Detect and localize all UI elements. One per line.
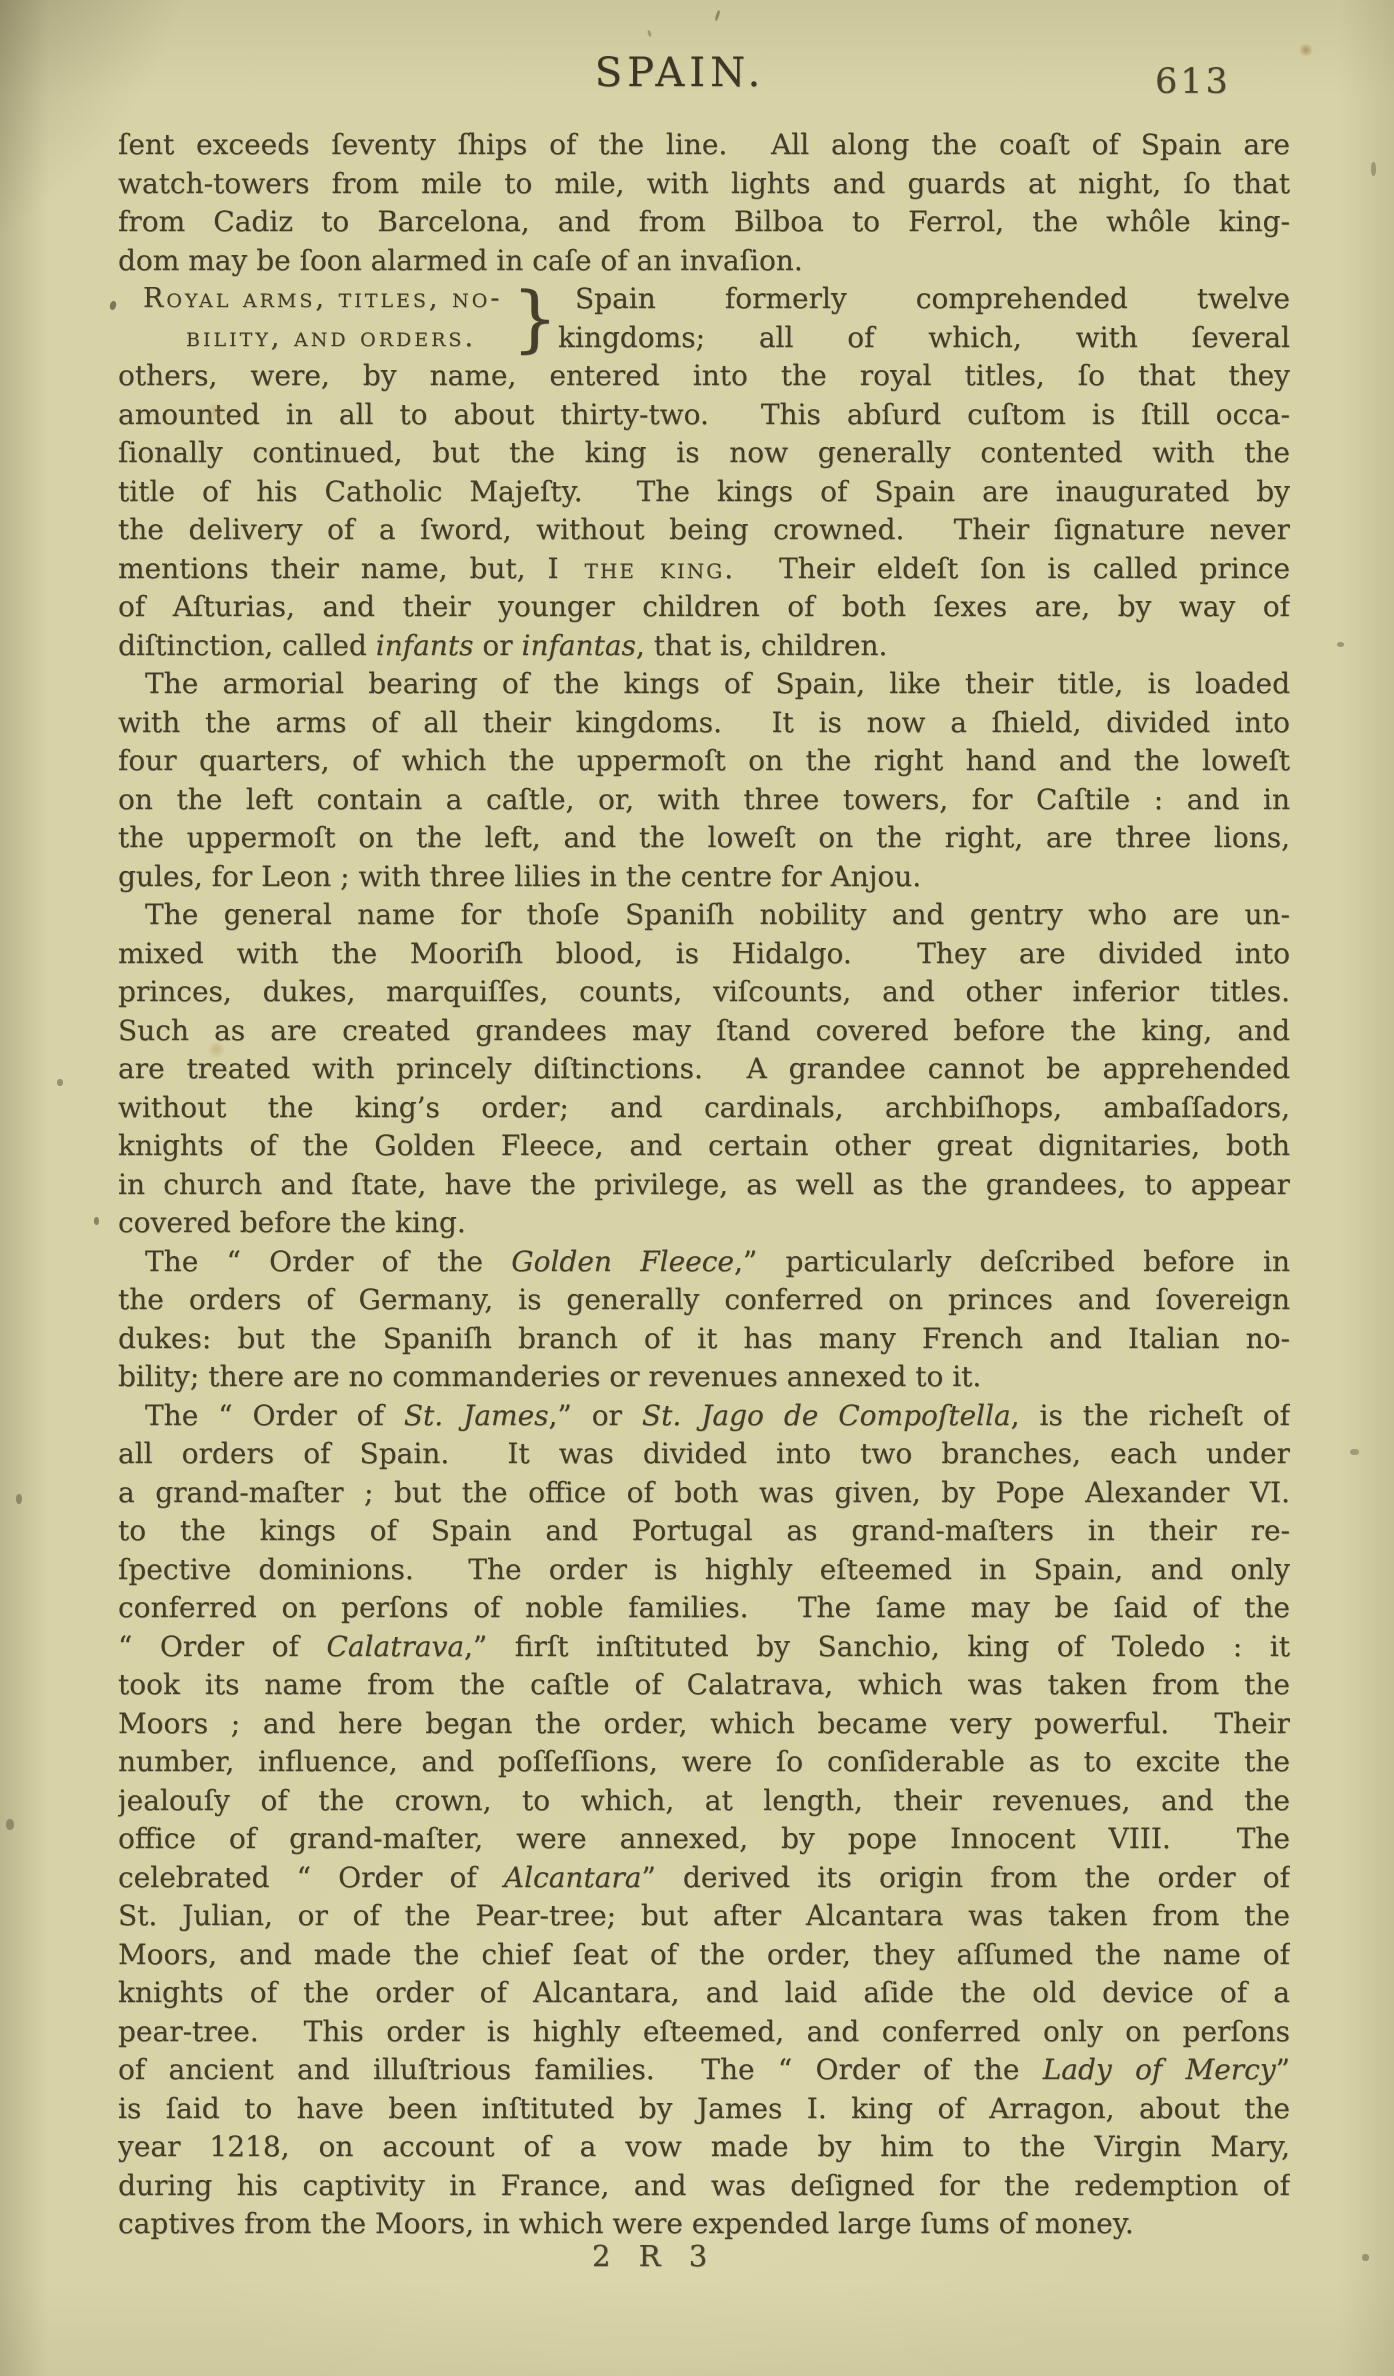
text-segment: are treated with princely diſtinctions. …	[118, 1052, 1290, 1085]
text-segment: Moors ; and here began the order, which …	[118, 1707, 1290, 1740]
text-segment: dukes: but the Spaniſh branch of it has …	[118, 1322, 1290, 1355]
text-line: covered before the king.	[118, 1204, 1290, 1243]
book-page: SPAIN. 613 ſent exceeds ſeventy ſhips of…	[0, 0, 1394, 2376]
section-heading-line: bility, and orders.	[118, 319, 528, 358]
text-line: took its name from the caſtle of Calatra…	[118, 1666, 1290, 1705]
text-segment: without the king’s order; and cardinals,…	[118, 1091, 1290, 1124]
text-line: ſpective dominions. The order is highly …	[118, 1551, 1290, 1590]
text-segment: diſtinction, called	[118, 629, 376, 662]
text-line: number, influence, and poſſeſſions, were…	[118, 1743, 1290, 1782]
italic-text: Alcantara	[504, 1861, 642, 1894]
ink-speck	[94, 1217, 99, 1225]
text-line: captives from the Moors, in which were e…	[118, 2205, 1290, 2244]
text-line: year 1218, on account of a vow made by h…	[118, 2128, 1290, 2167]
section-heading-line: Royal arms, titles, no-	[118, 280, 528, 319]
text-line: pear-tree. This order is highly eſteemed…	[118, 2013, 1290, 2052]
text-line: Spain formerly comprehended twelve	[558, 280, 1290, 319]
text-line: knights of the Golden Fleece, and certai…	[118, 1127, 1290, 1166]
text-segment: The general name for thoſe Spaniſh nobil…	[145, 898, 1290, 931]
text-line: of ancient and illuſtrious families. The…	[118, 2051, 1290, 2090]
text-line: without the king’s order; and cardinals,…	[118, 1089, 1290, 1128]
paper-stain	[1298, 44, 1314, 56]
text-line: from Cadiz to Barcelona, and from Bilboa…	[118, 203, 1290, 242]
text-segment: The armorial bearing of the kings of Spa…	[145, 667, 1290, 700]
ink-speck	[109, 300, 117, 310]
italic-text: Lady of Mercy	[1043, 2053, 1276, 2086]
text-segment: jealouſy of the crown, to which, at leng…	[118, 1784, 1290, 1817]
italic-text: infants	[376, 629, 474, 662]
text-segment: with the arms of all their kingdoms. It …	[118, 706, 1290, 739]
text-line: the uppermoſt on the left, and the loweſ…	[118, 819, 1290, 858]
text-segment: , is the richeſt of	[1011, 1399, 1290, 1432]
italic-text: Golden Fleece	[511, 1245, 734, 1278]
text-segment: mentions their name, but,	[118, 552, 548, 585]
text-segment: of Aſturias, and their younger children …	[118, 590, 1290, 623]
text-segment: took its name from the caſtle of Calatra…	[118, 1668, 1290, 1701]
paper-stain	[840, 1820, 1160, 2040]
section-heading: Royal arms, titles, no-bility, and order…	[118, 280, 528, 357]
ink-speck	[6, 1819, 14, 1830]
text-segment: number, influence, and poſſeſſions, were…	[118, 1745, 1290, 1778]
ink-speck	[647, 30, 652, 38]
text-line: princes, dukes, marquiſſes, counts, viſc…	[118, 973, 1290, 1012]
text-segment: on the left contain a caſtle, or, with t…	[118, 783, 1290, 816]
text-segment: , that is, children.	[636, 629, 888, 662]
text-line: The “ Order of St. James,” or St. Jago d…	[118, 1397, 1290, 1436]
text-segment: conferred on perſons of noble families. …	[118, 1591, 1290, 1624]
text-segment: or	[473, 629, 521, 662]
text-line: The general name for thoſe Spaniſh nobil…	[118, 896, 1290, 935]
text-segment: dom may be ſoon alarmed in caſe of an in…	[118, 244, 803, 277]
text-line: dom may be ſoon alarmed in caſe of an in…	[118, 242, 1290, 281]
page-title: SPAIN.	[595, 50, 766, 96]
text-segment: ſent exceeds ſeventy ſhips of the line. …	[118, 128, 1290, 161]
brace-glyph: }	[512, 280, 558, 357]
ink-speck	[57, 1079, 63, 1086]
text-line: dukes: but the Spaniſh branch of it has …	[118, 1320, 1290, 1359]
text-segment: all orders of Spain. It was divided into…	[118, 1437, 1290, 1470]
text-line: The “ Order of the Golden Fleece,” parti…	[118, 1243, 1290, 1282]
text-segment: gules, for Leon ; with three lilies in t…	[118, 860, 921, 893]
text-line: ſionally continued, but the king is now …	[118, 434, 1290, 473]
ink-speck	[1362, 2254, 1369, 2261]
text-segment: Spain formerly comprehended twelve	[575, 282, 1290, 315]
text-line: the orders of Germany, is generally conf…	[118, 1281, 1290, 1320]
ink-speck	[428, 842, 432, 846]
text-line: watch-towers from mile to mile, with lig…	[118, 165, 1290, 204]
text-segment: a grand-maſter ; but the office of both …	[118, 1476, 1290, 1509]
text-segment: ”	[1276, 2053, 1290, 2086]
text-line: The armorial bearing of the kings of Spa…	[118, 665, 1290, 704]
text-line: “ Order of Calatrava,” firſt inſtituted …	[118, 1628, 1290, 1667]
text-line: four quarters, of which the uppermoſt on…	[118, 742, 1290, 781]
text-line: to the kings of Spain and Portugal as gr…	[118, 1512, 1290, 1551]
text-line: with the arms of all their kingdoms. It …	[118, 704, 1290, 743]
text-line: amounted in all to about thirty-two. Thi…	[118, 396, 1290, 435]
text-segment: captives from the Moors, in which were e…	[118, 2207, 1134, 2240]
text-segment: from Cadiz to Barcelona, and from Bilboa…	[118, 205, 1290, 238]
text-segment: The “ Order of	[145, 1399, 404, 1432]
text-segment: amounted in all to about thirty-two. Thi…	[118, 398, 1290, 431]
text-line: mixed with the Mooriſh blood, is Hidalgo…	[118, 935, 1290, 974]
text-segment: ſionally continued, but the king is now …	[118, 436, 1290, 469]
heading-adjacent-text: Spain formerly comprehended twelvekingdo…	[558, 280, 1290, 357]
text-segment: kingdoms; all of which, with ſeveral	[558, 321, 1290, 354]
italic-text: infantas	[522, 629, 636, 662]
text-line: gules, for Leon ; with three lilies in t…	[118, 858, 1290, 897]
text-line: all orders of Spain. It was divided into…	[118, 1435, 1290, 1474]
small-caps-text: I the king.	[548, 552, 736, 585]
text-line: Moors ; and here began the order, which …	[118, 1705, 1290, 1744]
page-number: 613	[1155, 62, 1231, 102]
ink-speck	[1337, 642, 1344, 647]
text-segment: year 1218, on account of a vow made by h…	[118, 2130, 1290, 2163]
text-segment: office of grand-maſter, were annexed, by…	[118, 1822, 1290, 1855]
text-line: kingdoms; all of which, with ſeveral	[558, 319, 1290, 358]
text-segment: others, were, by name, entered into the …	[118, 359, 1290, 392]
text-segment: is ſaid to have been inſtituted by James…	[118, 2092, 1290, 2125]
text-segment: to the kings of Spain and Portugal as gr…	[118, 1514, 1290, 1547]
text-line: conferred on perſons of noble families. …	[118, 1589, 1290, 1628]
text-line: a grand-maſter ; but the office of both …	[118, 1474, 1290, 1513]
text-segment: the uppermoſt on the left, and the loweſ…	[118, 821, 1290, 854]
text-segment: “ Order of	[118, 1630, 326, 1663]
text-segment: Such as are created grandees may ſtand c…	[118, 1014, 1290, 1047]
text-line: in church and ſtate, have the privilege,…	[118, 1166, 1290, 1205]
text-segment: knights of the Golden Fleece, and certai…	[118, 1129, 1290, 1162]
section-heading-row: Royal arms, titles, no-bility, and order…	[118, 280, 1290, 357]
signature-mark: 2 R 3	[592, 2239, 714, 2273]
text-segment: ,” or	[549, 1399, 642, 1432]
text-line: during his captivity in France, and was …	[118, 2167, 1290, 2206]
text-line: is ſaid to have been inſtituted by James…	[118, 2090, 1290, 2129]
text-segment: the delivery of a ſword, without being c…	[118, 513, 1290, 546]
text-line: bility; there are no commanderies or rev…	[118, 1358, 1290, 1397]
text-line: mentions their name, but, I the king. Th…	[118, 550, 1290, 589]
paper-stain	[208, 1040, 225, 1059]
text-line: of Aſturias, and their younger children …	[118, 588, 1290, 627]
text-segment: The “ Order of the	[145, 1245, 511, 1278]
text-segment: title of his Catholic Majeſty. The kings…	[118, 475, 1290, 508]
text-line: title of his Catholic Majeſty. The kings…	[118, 473, 1290, 512]
text-segment: celebrated “ Order of	[118, 1861, 504, 1894]
text-line: others, were, by name, entered into the …	[118, 357, 1290, 396]
text-line: diſtinction, called infants or infantas,…	[118, 627, 1290, 666]
text-segment: four quarters, of which the uppermoſt on…	[118, 744, 1290, 777]
text-segment: princes, dukes, marquiſſes, counts, viſc…	[118, 975, 1290, 1008]
text-segment: pear-tree. This order is highly eſteemed…	[118, 2015, 1290, 2048]
italic-text: Calatrava	[326, 1630, 464, 1663]
ink-speck	[714, 10, 720, 21]
text-segment: ,” particularly deſcribed before in	[734, 1245, 1290, 1278]
text-segment: of ancient and illuſtrious families. The…	[118, 2053, 1043, 2086]
text-line: Such as are created grandees may ſtand c…	[118, 1012, 1290, 1051]
text-line: ſent exceeds ſeventy ſhips of the line. …	[118, 126, 1290, 165]
italic-text: St. Jago de Compoſtella	[642, 1399, 1011, 1432]
text-line: on the left contain a caſtle, or, with t…	[118, 781, 1290, 820]
text-line: jealouſy of the crown, to which, at leng…	[118, 1782, 1290, 1821]
text-segment: ſpective dominions. The order is highly …	[118, 1553, 1290, 1586]
text-line: are treated with princely diſtinctions. …	[118, 1050, 1290, 1089]
text-segment: watch-towers from mile to mile, with lig…	[118, 167, 1290, 200]
ink-speck	[16, 1494, 22, 1504]
text-segment: during his captivity in France, and was …	[118, 2169, 1290, 2202]
text-segment: in church and ſtate, have the privilege,…	[118, 1168, 1290, 1201]
text-segment: Their eldeſt ſon is called prince	[735, 552, 1290, 585]
text-segment: bility; there are no commanderies or rev…	[118, 1360, 981, 1393]
ink-speck	[1350, 1449, 1359, 1455]
running-head: SPAIN.	[118, 50, 1290, 96]
text-segment: the orders of Germany, is generally conf…	[118, 1283, 1290, 1316]
italic-text: St. James	[404, 1399, 549, 1432]
text-line: the delivery of a ſword, without being c…	[118, 511, 1290, 550]
text-segment: mixed with the Mooriſh blood, is Hidalgo…	[118, 937, 1290, 970]
text-segment: covered before the king.	[118, 1206, 466, 1239]
text-segment: ,” firſt inſtituted by Sanchio, king of …	[464, 1630, 1290, 1663]
ink-speck	[1371, 162, 1376, 176]
paper-stain	[206, 402, 224, 422]
